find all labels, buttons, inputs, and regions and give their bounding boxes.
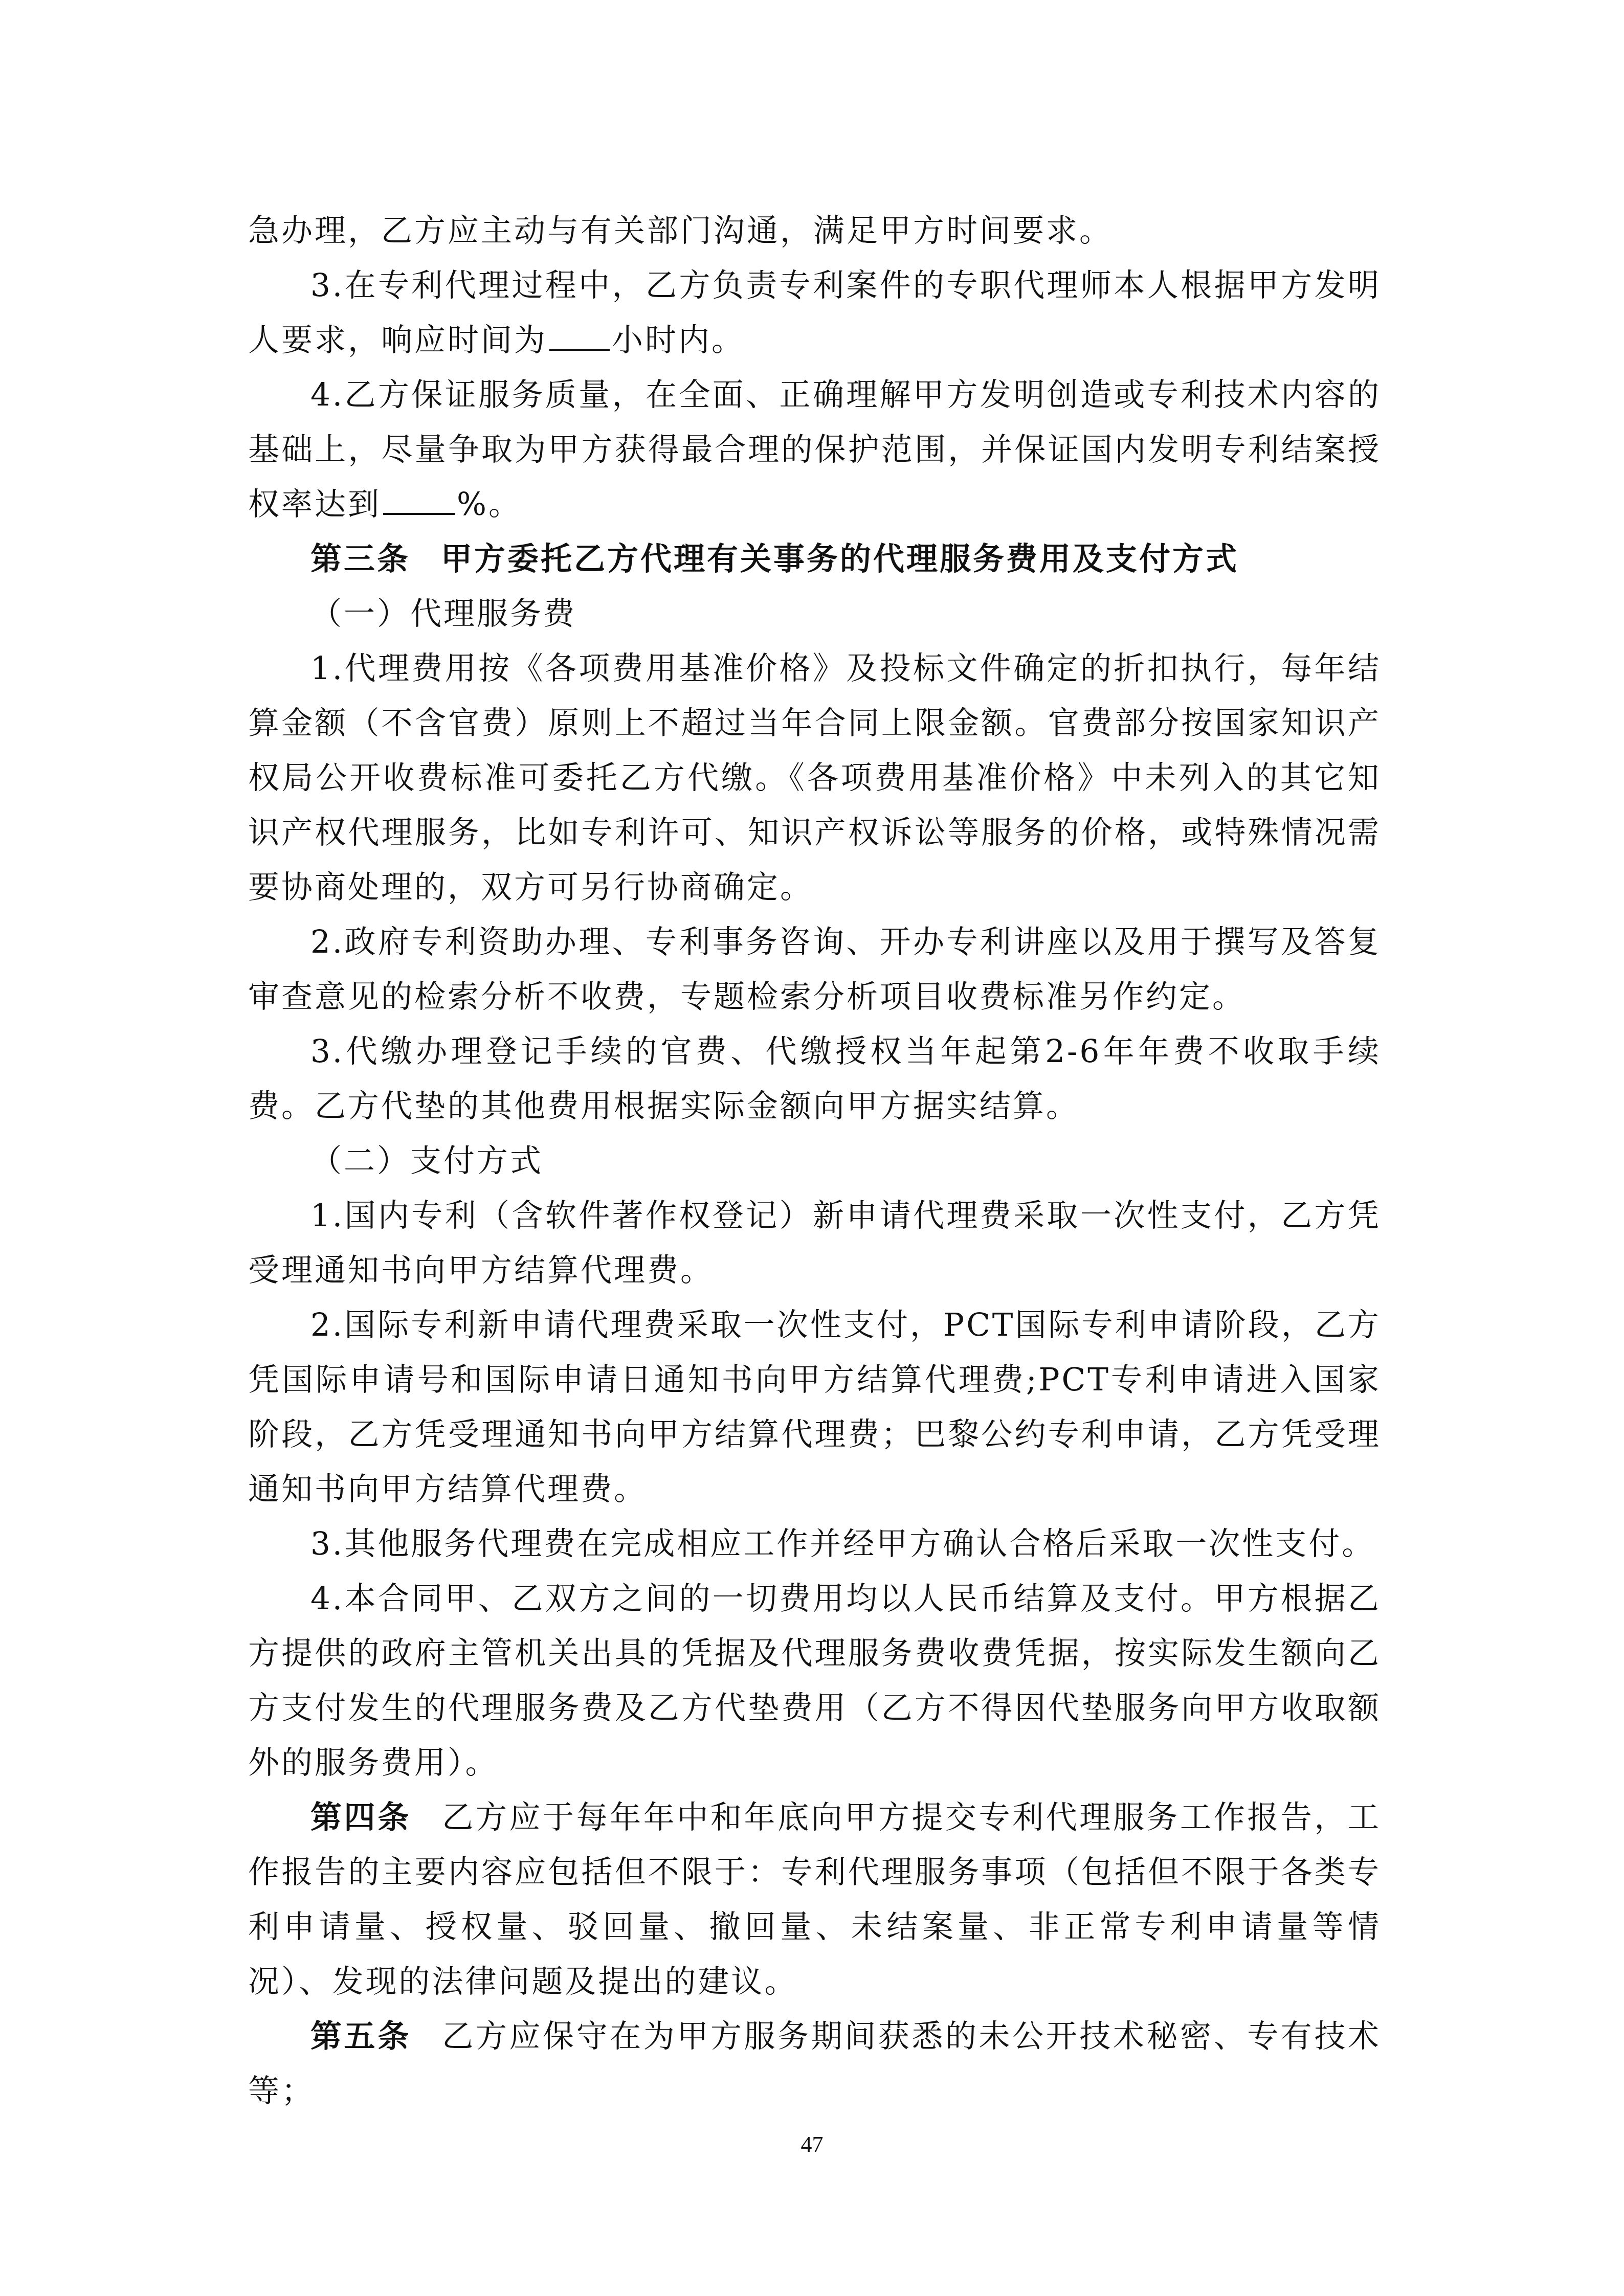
article-body: 乙方应保守在为甲方服务期间获悉的未公开技术秘密、专有技术等； <box>248 2018 1381 2109</box>
fill-in-blank-percent[interactable] <box>383 483 455 515</box>
article-label: 第三条 <box>310 541 410 577</box>
fill-in-blank-hours[interactable] <box>549 319 610 351</box>
article-title: 甲方委托乙方代理有关事务的代理服务费用及支付方式 <box>441 541 1239 577</box>
paragraph-international-payment: 2.国际专利新申请代理费采取一次性支付，PCT国际专利申请阶段，乙方凭国际申请号… <box>248 1298 1381 1517</box>
paragraph-currency-settlement: 4.本合同甲、乙双方之间的一切费用均以人民币结算及支付。甲方根据乙方提供的政府主… <box>248 1571 1381 1790</box>
article-4-paragraph: 第四条乙方应于每年年中和年底向甲方提交专利代理服务工作报告，工作报告的主要内容应… <box>248 1790 1381 2009</box>
section-heading-service-fee: （一）代理服务费 <box>248 587 1381 641</box>
paragraph-text: 3.在专利代理过程中，乙方负责专利案件的专职代理师本人根据甲方发明人要求，响应时… <box>248 267 1381 358</box>
paragraph-continuation: 急办理，乙方应主动与有关部门沟通，满足甲方时间要求。 <box>248 204 1381 258</box>
section-heading-payment-method: （二）支付方式 <box>248 1134 1381 1188</box>
paragraph-response-time: 3.在专利代理过程中，乙方负责专利案件的专职代理师本人根据甲方发明人要求，响应时… <box>248 258 1381 368</box>
paragraph-text: 小时内。 <box>612 322 745 358</box>
article-label: 第四条 <box>310 1799 411 1836</box>
paragraph-official-fees: 3.代缴办理登记手续的官费、代缴授权当年起第2-6年年费不收取手续费。乙方代垫的… <box>248 1024 1381 1134</box>
article-3-heading: 第三条甲方委托乙方代理有关事务的代理服务费用及支付方式 <box>248 532 1381 587</box>
paragraph-free-services: 2.政府专利资助办理、专利事务咨询、开办专利讲座以及用于撰写及答复审查意见的检索… <box>248 915 1381 1024</box>
paragraph-text: %。 <box>457 486 522 523</box>
page-number: 47 <box>0 2131 1624 2157</box>
paragraph-domestic-payment: 1.国内专利（含软件著作权登记）新申请代理费采取一次性支付，乙方凭受理通知书向甲… <box>248 1188 1381 1298</box>
article-body: 乙方应于每年年中和年底向甲方提交专利代理服务工作报告，工作报告的主要内容应包括但… <box>248 1799 1381 2000</box>
document-page: 急办理，乙方应主动与有关部门沟通，满足甲方时间要求。 3.在专利代理过程中，乙方… <box>248 204 1381 2119</box>
paragraph-other-payment: 3.其他服务代理费在完成相应工作并经甲方确认合格后采取一次性支付。 <box>248 1517 1381 1571</box>
paragraph-service-quality: 4.乙方保证服务质量，在全面、正确理解甲方发明创造或专利技术内容的基础上，尽量争… <box>248 368 1381 532</box>
paragraph-fee-pricing: 1.代理费用按《各项费用基准价格》及投标文件确定的折扣执行，每年结算金额（不含官… <box>248 641 1381 915</box>
article-5-paragraph: 第五条乙方应保守在为甲方服务期间获悉的未公开技术秘密、专有技术等； <box>248 2009 1381 2119</box>
article-label: 第五条 <box>310 2018 411 2055</box>
